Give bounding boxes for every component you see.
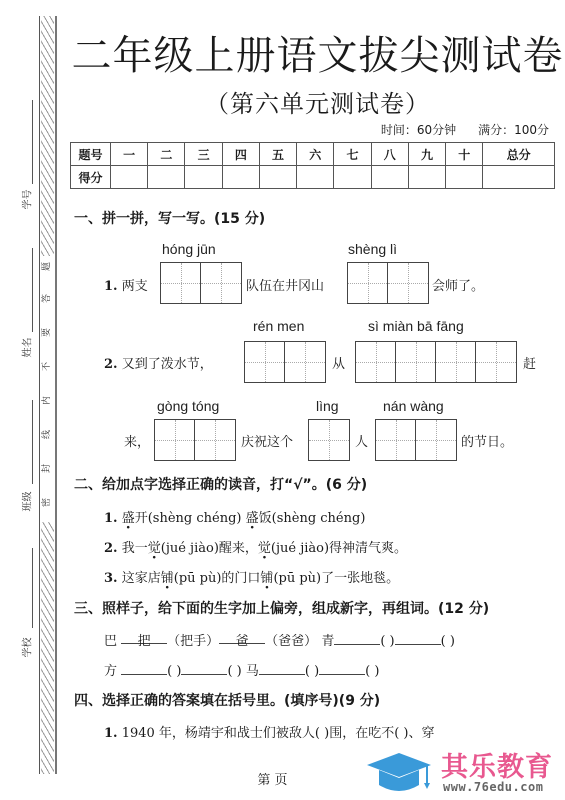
- school-line[interactable]: [32, 548, 33, 628]
- question-number: 2.: [104, 541, 118, 556]
- new-char-blank[interactable]: [334, 631, 380, 645]
- score-cell[interactable]: [148, 166, 185, 189]
- example-new-char: 把: [121, 630, 167, 644]
- seal-char: 密: [43, 496, 52, 509]
- new-char-blank[interactable]: [395, 631, 441, 645]
- student-number-line[interactable]: [32, 100, 33, 184]
- score-cell[interactable]: [111, 166, 148, 189]
- question-text[interactable]: 1940 年，杨靖宇和战士们被敌人( )围，在吃不( )、穿: [122, 726, 435, 741]
- question-number: 1.: [104, 511, 118, 526]
- section-4-question-1: 1. 1940 年，杨靖宇和战士们被敌人( )围，在吃不( )、穿: [104, 722, 435, 741]
- section-2-item-1: 1. 盛开(shèng chéng) 盛饭(shèng chéng): [104, 507, 365, 526]
- student-name-label: 姓名: [19, 338, 34, 358]
- new-char-blank[interactable]: [121, 661, 167, 675]
- question-1-2-text-b: 从: [332, 353, 345, 372]
- score-cell[interactable]: [371, 166, 408, 189]
- dotted-char: 觉: [148, 541, 161, 556]
- writing-box-ling[interactable]: [308, 419, 350, 461]
- page-title: 二年级上册语文拔尖测试卷: [70, 24, 565, 81]
- word-blank[interactable]: ( ): [305, 664, 319, 679]
- new-char-blank[interactable]: [259, 661, 305, 675]
- base-char-qing: 青: [321, 634, 334, 649]
- score-cell[interactable]: [185, 166, 222, 189]
- writing-box-nan-wang[interactable]: [375, 419, 457, 461]
- text-segment: 我一: [122, 541, 148, 556]
- seal-char: 题: [43, 260, 52, 273]
- writing-box-sheng-li[interactable]: [347, 262, 429, 304]
- text-segment: 这家店: [122, 571, 161, 586]
- dotted-char: 盛: [246, 511, 259, 526]
- section-2-item-2: 2. 我一觉(jué jiào)醒来，觉(jué jiào)得神清气爽。: [104, 537, 407, 556]
- section-2-item-3: 3. 这家店铺(pū pù)的门口铺(pū pù)了一张地毯。: [104, 567, 399, 586]
- column-header-total: 总分: [483, 143, 555, 166]
- question-1-2-text-e: 庆祝这个: [241, 431, 293, 450]
- question-1-2-text-f: 人: [355, 431, 368, 450]
- section-3-row-1: 巴 把（把手）爸（爸爸） 青( )( ): [104, 630, 455, 649]
- pinyin-options[interactable]: 开(shèng chéng): [135, 511, 246, 526]
- score-table-score-row: 得分: [71, 166, 555, 189]
- pinyin-sheng-li: shèng lì: [348, 241, 397, 257]
- hatch-strip-bottom: [41, 522, 54, 774]
- graduation-cap-icon: [365, 751, 435, 797]
- column-header: 五: [259, 143, 296, 166]
- seal-char: 要: [43, 326, 52, 339]
- question-1-1-text-c: 会师了。: [432, 275, 484, 294]
- word-blank[interactable]: ( ): [365, 664, 379, 679]
- score-label: 得分: [71, 166, 111, 189]
- word-blank[interactable]: ( ): [380, 634, 394, 649]
- score-cell-total[interactable]: [483, 166, 555, 189]
- question-1-1-text-b: 队伍在井冈山: [246, 275, 324, 294]
- writing-box-si-mian-ba-fang[interactable]: [355, 341, 517, 383]
- binding-line-outer: [39, 16, 40, 774]
- dotted-char: 觉: [258, 541, 271, 556]
- base-char-ma: 马: [246, 664, 259, 679]
- student-name-line[interactable]: [32, 248, 33, 332]
- section-4-title: 四、选择正确的答案填在括号里。(填序号)(9 分): [74, 690, 380, 710]
- watermark-url[interactable]: www.76edu.com: [443, 780, 543, 794]
- column-header: 六: [297, 143, 334, 166]
- writing-box-hong-jun[interactable]: [160, 262, 242, 304]
- seal-char: 内: [43, 394, 52, 407]
- score-table: 题号 一 二 三 四 五 六 七 八 九 十 总分 得分: [70, 142, 555, 189]
- watermark-brand: 其乐教育: [441, 745, 553, 784]
- question-1-2-text-a: 2. 又到了泼水节，: [104, 353, 213, 372]
- class-label: 班级: [19, 492, 34, 512]
- column-header: 四: [222, 143, 259, 166]
- question-number: 1.: [104, 726, 118, 741]
- example-char: 巴: [104, 634, 117, 649]
- pinyin-si-mian-ba-fang: sì miàn bā fāng: [368, 318, 464, 334]
- new-char-blank[interactable]: [319, 661, 365, 675]
- pinyin-options[interactable]: (pū pù)的门口: [174, 571, 261, 586]
- question-number-label: 题号: [71, 143, 111, 166]
- hatch-strip-top: [41, 16, 54, 256]
- dotted-char: 盛: [122, 511, 135, 526]
- word-blank[interactable]: ( ): [441, 634, 455, 649]
- page-subtitle: （第六单元测试卷）: [70, 84, 565, 119]
- question-1-2-text-d: 来，: [124, 431, 150, 450]
- text-segment: 又到了泼水节，: [122, 357, 213, 372]
- student-number-label: 学号: [19, 190, 34, 210]
- full-score: 满分：100分: [478, 123, 549, 137]
- seal-notice: 题 答 要 不 内 线 封 密: [41, 258, 54, 522]
- seal-char: 不: [43, 360, 52, 373]
- seal-char: 封: [43, 462, 52, 475]
- pinyin-ling: lìng: [316, 398, 339, 414]
- dotted-char: 铺: [161, 571, 174, 586]
- score-cell[interactable]: [222, 166, 259, 189]
- column-header: 三: [185, 143, 222, 166]
- dotted-char: 铺: [260, 571, 273, 586]
- word-blank[interactable]: ( ): [227, 664, 241, 679]
- pinyin-ren-men: rén men: [253, 318, 304, 334]
- exam-meta: 时间：60分钟满分：100分: [381, 121, 549, 138]
- question-1-2-text-c: 赶: [523, 353, 536, 372]
- score-cell[interactable]: [446, 166, 483, 189]
- column-header: 一: [111, 143, 148, 166]
- score-cell[interactable]: [297, 166, 334, 189]
- question-1-2-text-g: 的节日。: [461, 431, 513, 450]
- example-word: （把手）: [167, 634, 219, 649]
- pinyin-nan-wang: nán wàng: [383, 398, 444, 414]
- score-cell[interactable]: [259, 166, 296, 189]
- section-1-title: 一、拼一拼，写一写。(15 分): [74, 208, 265, 228]
- pinyin-hong-jun: hóng jūn: [162, 241, 216, 257]
- seal-char: 答: [43, 292, 52, 305]
- question-1-1-text-a: 1. 两支: [104, 275, 148, 294]
- section-2-title: 二、给加点字选择正确的读音，打“√”。(6 分): [74, 474, 367, 494]
- binding-margin: 题 答 要 不 内 线 封 密 学号 姓名 班级 学校: [0, 0, 60, 800]
- binding-line-inner: [55, 16, 57, 774]
- score-table-header-row: 题号 一 二 三 四 五 六 七 八 九 十 总分: [71, 143, 555, 166]
- time-limit: 时间：60分钟: [381, 123, 456, 137]
- school-label: 学校: [19, 638, 34, 658]
- base-char-fang: 方: [104, 664, 117, 679]
- question-number: 1.: [104, 279, 118, 294]
- watermark: 其乐教育 www.76edu.com: [365, 745, 565, 800]
- section-3-row-2: 方 ( )( ) 马( )( ): [104, 660, 379, 679]
- column-header: 二: [148, 143, 185, 166]
- text-segment: 两支: [122, 279, 148, 294]
- section-3-title: 三、照样子，给下面的生字加上偏旁，组成新字，再组词。(12 分): [74, 598, 489, 618]
- score-cell[interactable]: [334, 166, 371, 189]
- column-header: 九: [408, 143, 445, 166]
- word-blank[interactable]: ( ): [167, 664, 181, 679]
- class-line[interactable]: [32, 400, 33, 484]
- column-header: 七: [334, 143, 371, 166]
- column-header: 十: [446, 143, 483, 166]
- pinyin-options[interactable]: 饭(shèng chéng): [259, 511, 366, 526]
- pinyin-options[interactable]: (jué jiào)醒来，: [161, 541, 258, 556]
- new-char-blank[interactable]: [181, 661, 227, 675]
- example-new-char: 爸: [219, 630, 265, 644]
- pinyin-options[interactable]: (pū pù)了一张地毯。: [273, 571, 399, 586]
- column-header: 八: [371, 143, 408, 166]
- question-number: 2.: [104, 357, 118, 372]
- seal-char: 线: [43, 428, 52, 441]
- writing-box-ren-men[interactable]: [244, 341, 326, 383]
- writing-box-gong-tong[interactable]: [154, 419, 236, 461]
- score-cell[interactable]: [408, 166, 445, 189]
- example-word: （爸爸）: [265, 634, 317, 649]
- pinyin-options[interactable]: (jué jiào)得神清气爽。: [271, 541, 407, 556]
- question-number: 3.: [104, 571, 118, 586]
- pinyin-gong-tong: gòng tóng: [157, 398, 219, 414]
